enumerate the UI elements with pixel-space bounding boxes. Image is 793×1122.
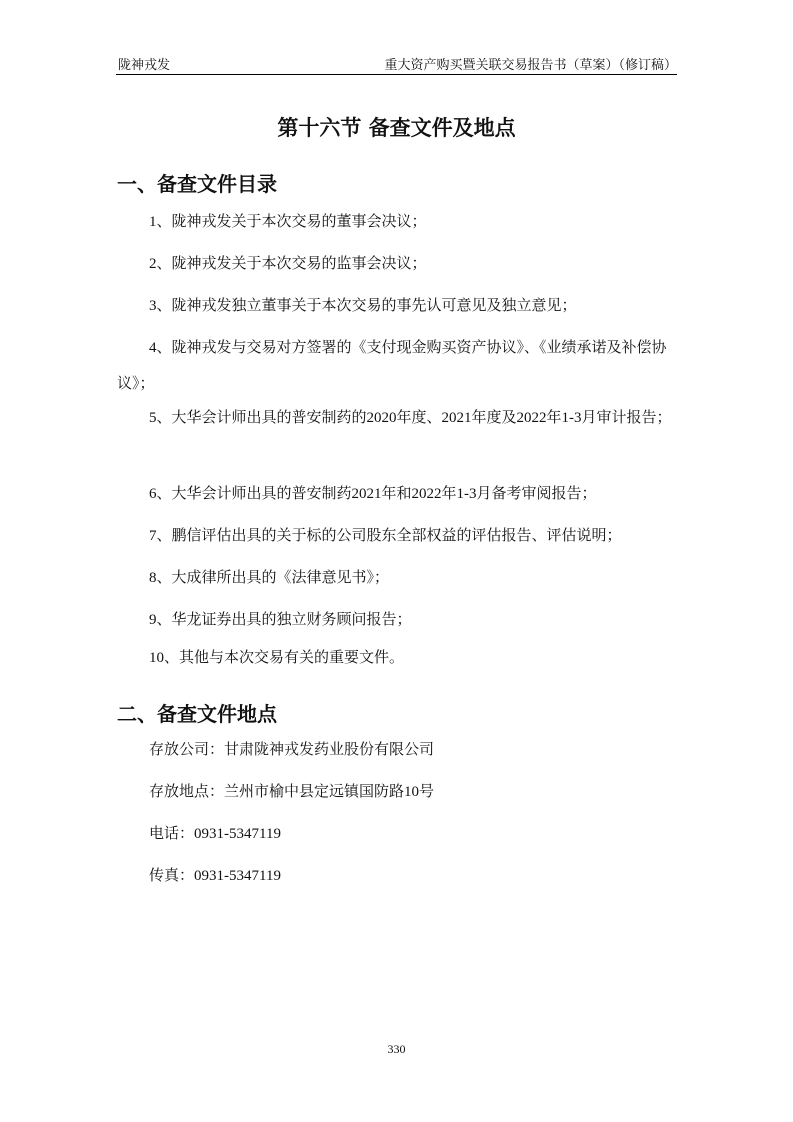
list-item: 2、陇神戎发关于本次交易的监事会决议； [117, 246, 677, 282]
list-item: 6、大华会计师出具的普安制药2021年和2022年1-3月备考审阅报告； [117, 476, 677, 512]
phone: 电话：0931-5347119 [149, 822, 281, 843]
header-company: 陇神戎发 [118, 54, 170, 73]
list-item: 10、其他与本次交易有关的重要文件。 [117, 640, 677, 676]
list-item: 7、鹏信评估出具的关于标的公司股东全部权益的评估报告、评估说明； [117, 518, 677, 554]
list-item: 5、大华会计师出具的普安制药的2020年度、2021年度及2022年1-3月审计… [117, 400, 677, 436]
list-item: 8、大成律所出具的《法律意见书》； [117, 560, 677, 596]
heading-document-location: 二、备查文件地点 [117, 698, 277, 727]
heading-document-list: 一、备查文件目录 [117, 168, 277, 197]
storage-address: 存放地点：兰州市榆中县定远镇国防路10号 [149, 780, 434, 801]
list-item: 9、华龙证券出具的独立财务顾问报告； [117, 602, 677, 638]
storage-company: 存放公司：甘肃陇神戎发药业股份有限公司 [149, 738, 434, 759]
page-number: 330 [0, 1042, 793, 1057]
list-item: 1、陇神戎发关于本次交易的董事会决议； [117, 204, 677, 240]
section-title: 第十六节 备查文件及地点 [0, 112, 793, 142]
page-header: 陇神戎发 重大资产购买暨关联交易报告书（草案）（修订稿） [116, 52, 677, 75]
header-doc-title: 重大资产购买暨关联交易报告书（草案）（修订稿） [384, 54, 677, 73]
list-item: 3、陇神戎发独立董事关于本次交易的事先认可意见及独立意见； [117, 288, 677, 324]
list-item: 4、陇神戎发与交易对方签署的《支付现金购买资产协议》、《业绩承诺及补偿协议》； [117, 330, 677, 402]
fax: 传真：0931-5347119 [149, 864, 281, 885]
